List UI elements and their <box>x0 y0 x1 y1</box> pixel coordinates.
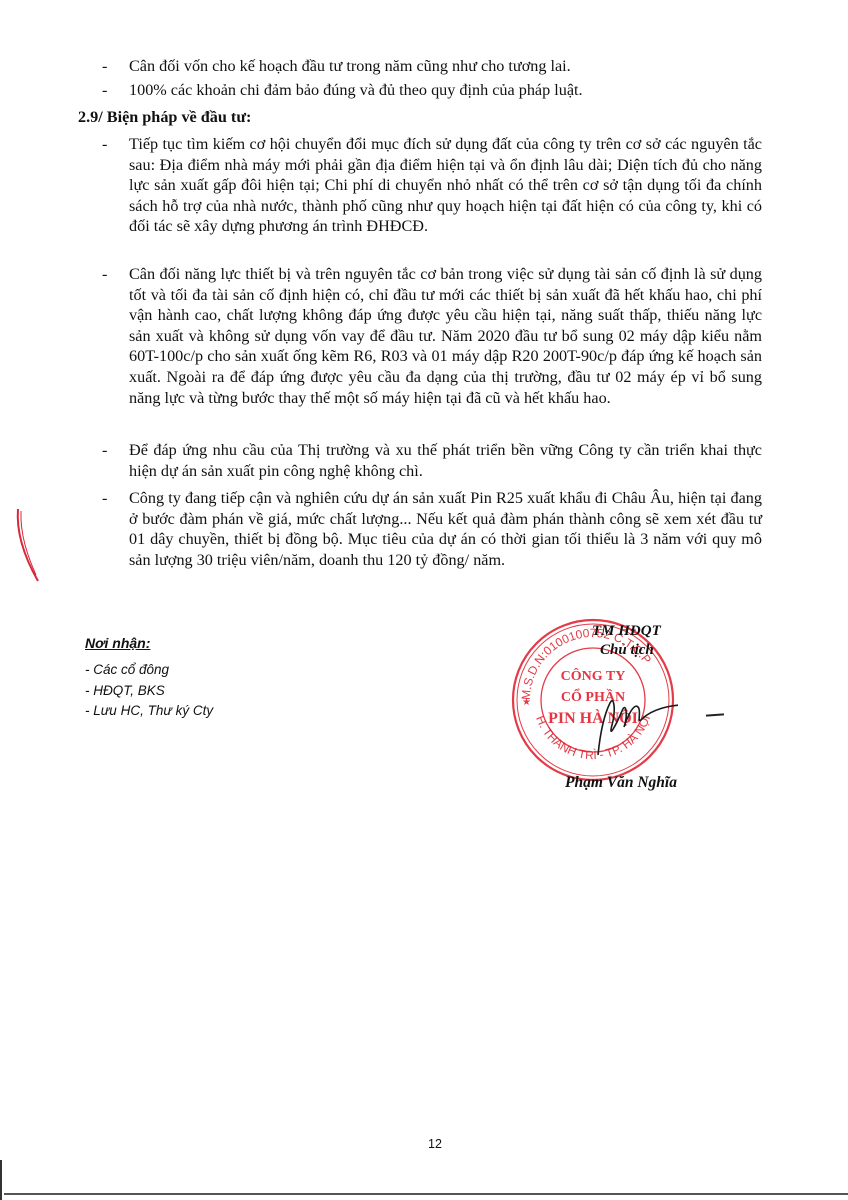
bullet-text: Cân đối vốn cho kế hoạch đầu tư trong nă… <box>129 56 762 77</box>
scan-edge-left <box>0 1160 2 1200</box>
recipients-title: Nơi nhận: <box>85 635 150 651</box>
signer-name: Phạm Văn Nghĩa <box>565 774 677 792</box>
recipient-item: - HĐQT, BKS <box>85 681 213 702</box>
bullet-dash: - <box>102 264 122 285</box>
section-heading: 2.9/ Biện pháp về đầu tư: <box>78 108 251 127</box>
bullet-item: - Cân đối vốn cho kế hoạch đầu tư trong … <box>102 56 762 77</box>
bullet-dash: - <box>102 134 122 155</box>
page-number: 12 <box>428 1137 442 1151</box>
signature-title: Chủ tịch <box>600 642 654 659</box>
bullet-dash: - <box>102 56 122 77</box>
svg-text:CỔ PHẦN: CỔ PHẦN <box>561 687 625 705</box>
svg-text:★: ★ <box>522 697 531 708</box>
signature-stroke <box>706 713 724 716</box>
bullet-item: - Công ty đang tiếp cận và nghiên cứu dự… <box>102 488 762 570</box>
recipient-item: - Lưu HC, Thư ký Cty <box>85 701 213 722</box>
bullet-dash: - <box>102 488 122 509</box>
company-stamp: M.S.D.N:0100100752 C.T.C.P H. THANH TRÌ … <box>508 615 678 785</box>
bullet-text: Công ty đang tiếp cận và nghiên cứu dự á… <box>129 488 762 570</box>
scan-edge-bottom <box>4 1193 848 1195</box>
bullet-dash: - <box>102 440 122 461</box>
bullet-text: Tiếp tục tìm kiếm cơ hội chuyển đổi mục … <box>129 134 762 237</box>
bullet-dash: - <box>102 80 122 101</box>
red-ink-mark <box>12 505 42 585</box>
bullet-text: Để đáp ứng nhu cầu của Thị trường và xu … <box>129 440 762 481</box>
bullet-text: 100% các khoản chi đảm bảo đúng và đủ th… <box>129 80 762 101</box>
recipients-list: - Các cổ đông - HĐQT, BKS - Lưu HC, Thư … <box>85 660 213 722</box>
bullet-item: - Tiếp tục tìm kiếm cơ hội chuyển đổi mụ… <box>102 134 762 237</box>
svg-text:CÔNG TY: CÔNG TY <box>561 667 626 684</box>
recipient-item: - Các cổ đông <box>85 660 213 681</box>
bullet-item: - Cân đối năng lực thiết bị và trên nguy… <box>102 264 762 408</box>
bullet-item: - 100% các khoản chi đảm bảo đúng và đủ … <box>102 80 762 101</box>
bullet-text: Cân đối năng lực thiết bị và trên nguyên… <box>129 264 762 408</box>
document-page: - Cân đối vốn cho kế hoạch đầu tư trong … <box>0 0 848 1200</box>
bullet-item: - Để đáp ứng nhu cầu của Thị trường và x… <box>102 440 762 481</box>
signature-role: TM HĐQT <box>592 623 661 640</box>
